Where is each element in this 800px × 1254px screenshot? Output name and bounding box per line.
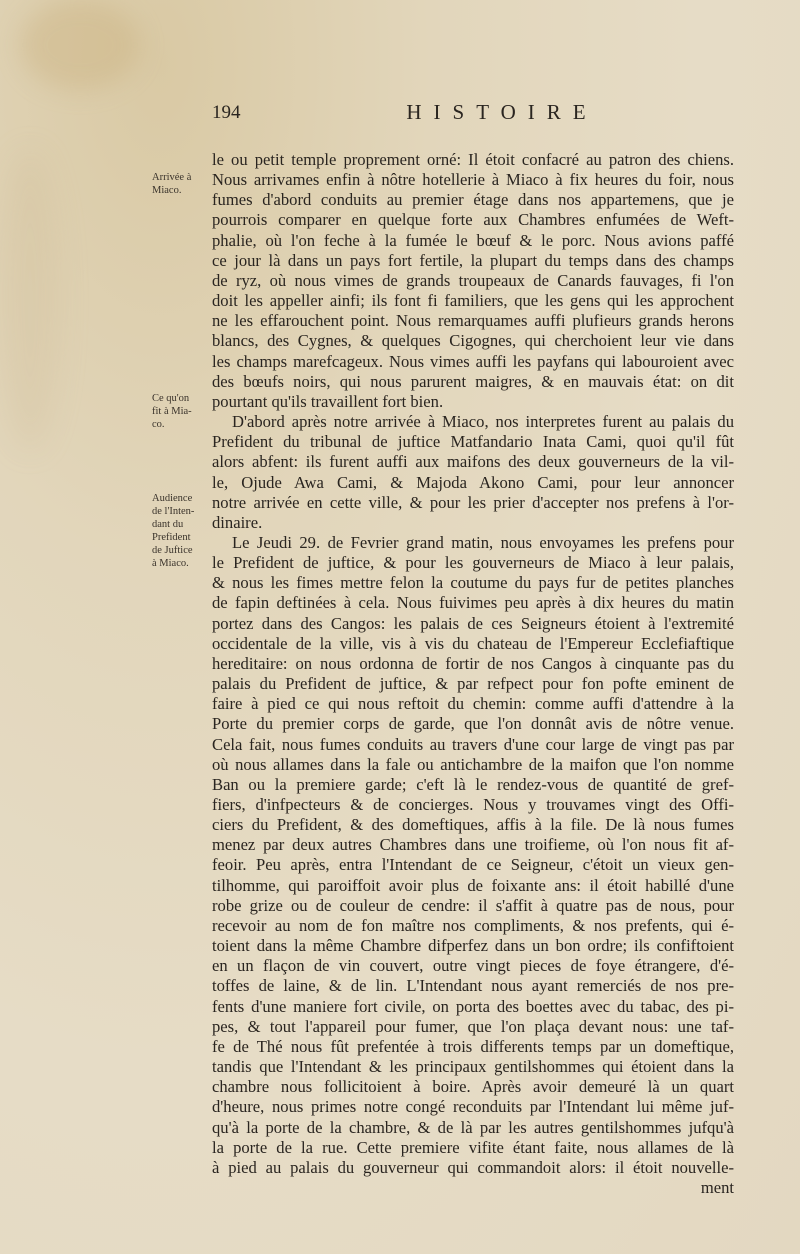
text-line: feoir. Peu après, entra l'Intendant de c… [212, 855, 734, 875]
text-line: Le Jeudi 29. de Fevrier grand matin, nou… [212, 533, 734, 553]
text-line: de fapin deftinées à cela. Nous fuivimes… [212, 593, 734, 613]
text-line: notre arrivée en cette ville, & pour les… [212, 493, 734, 513]
text-line: dinaire. [212, 513, 734, 533]
text-line: & nous les fimes mettre felon la coutume… [212, 573, 734, 593]
paper-stain [0, 150, 60, 450]
text-line: D'abord après notre arrivée à Miaco, nos… [212, 412, 734, 432]
text-line: chambre nous follicitoient à boire. Aprè… [212, 1077, 734, 1097]
text-line: toffes de laine, & de lin. L'Intendant n… [212, 976, 734, 996]
text-line: fents d'une maniere fort civile, on port… [212, 997, 734, 1017]
text-line: occidentale de la ville, vis à vis du ch… [212, 634, 734, 654]
margin-note-line: co. [152, 418, 212, 431]
margin-note-line: Prefident [152, 531, 212, 544]
margin-note-line: de l'Inten- [152, 505, 212, 518]
margin-note-line: de Juftice [152, 544, 212, 557]
text-line: à pied au palais du gouverneur qui comma… [212, 1158, 734, 1178]
text-line: ciers du Prefident, & des domeftiques, a… [212, 815, 734, 835]
text-line: des bœufs noirs, qui nous parurent maigr… [212, 372, 734, 392]
text-line: où nous allames dans la fale ou anticham… [212, 755, 734, 775]
page-header: 194 HISTOIRE [212, 100, 732, 130]
catchword: ment [212, 1178, 734, 1198]
running-head: HISTOIRE [212, 100, 732, 125]
text-line: doit les appeller ainfi; ils font fi fam… [212, 291, 734, 311]
text-line: la porte de la rue. Cette premiere vifit… [212, 1138, 734, 1158]
margin-note-line: à Miaco. [152, 557, 212, 570]
text-line: blancs, des Cygnes, & quelques Cigognes,… [212, 331, 734, 351]
margin-note-what-done: Ce qu'on fit à Mia- co. [152, 392, 212, 431]
paper-stain [20, 0, 140, 90]
text-line: menez par deux autres Chambres dans une … [212, 835, 734, 855]
text-line: faire à pied ce qui nous reftoit du chem… [212, 694, 734, 714]
text-line: pourrois comparer en quelque forte aux C… [212, 210, 734, 230]
text-line: Porte du premier corps de garde, que l'o… [212, 714, 734, 734]
text-line: le, Ojude Awa Cami, & Majoda Akono Cami,… [212, 473, 734, 493]
text-line: fe de Thé nous fût prefentée à trois dif… [212, 1037, 734, 1057]
margin-note-line: Arrivée à [152, 171, 212, 184]
text-line: d'heure, nous primes notre congé recondu… [212, 1097, 734, 1117]
margin-note-line: Ce qu'on [152, 392, 212, 405]
text-line: le Prefident de juftice, & pour les gouv… [212, 553, 734, 573]
text-line: de ryz, où nous vimes de grands troupeau… [212, 271, 734, 291]
text-line: Cela fait, nous fumes conduits au traver… [212, 735, 734, 755]
text-line: pourtant qu'ils travaillent fort bien. [212, 392, 734, 412]
text-line: palais du Prefident de juftice, & par re… [212, 674, 734, 694]
text-line: ne les effarouchent point. Nous remarqua… [212, 311, 734, 331]
text-line: alors abfent: ils furent auffi aux maifo… [212, 452, 734, 472]
text-line: en un flaçon de vin couvert, outre vingt… [212, 956, 734, 976]
margin-note-audience: Audience de l'Inten- dant du Prefident d… [152, 492, 212, 570]
text-line: ce jour là dans un pays fort fertile, la… [212, 251, 734, 271]
margin-note-line: Audience [152, 492, 212, 505]
margin-note-line: Miaco. [152, 184, 212, 197]
text-line: Nous arrivames enfin à nôtre hotellerie … [212, 170, 734, 190]
text-line: Ban ou la premiere garde; c'eft là le re… [212, 775, 734, 795]
body-text: le ou petit temple proprement orné: Il é… [212, 150, 734, 1198]
margin-note-arrival: Arrivée à Miaco. [152, 171, 212, 197]
text-line: pes, & tout l'appareil pour fumer, que l… [212, 1017, 734, 1037]
margin-note-line: fit à Mia- [152, 405, 212, 418]
text-line: fumes d'abord conduits au premier étage … [212, 190, 734, 210]
text-line: robe grize ou de couleur de cendre: il s… [212, 896, 734, 916]
text-line: phalie, où l'on feche à la fumée le bœuf… [212, 231, 734, 251]
margin-note-line: dant du [152, 518, 212, 531]
text-line: hereditaire: on nous ordonna de fortir d… [212, 654, 734, 674]
text-line: portez dans des Cangos: les palais de ce… [212, 614, 734, 634]
text-line: toient dans la même Chambre difperfez da… [212, 936, 734, 956]
text-line: les champs marefcageux. Nous vimes auffi… [212, 352, 734, 372]
text-line: le ou petit temple proprement orné: Il é… [212, 150, 734, 170]
text-line: Prefident du tribunal de juftice Matfand… [212, 432, 734, 452]
text-line: fiers, d'infpecteurs & de concierges. No… [212, 795, 734, 815]
text-line: tandis que l'Intendant & les principaux … [212, 1057, 734, 1077]
text-line: qu'à la porte de la chambre, & de là par… [212, 1118, 734, 1138]
text-line: recevoir au nom de fon maître nos compli… [212, 916, 734, 936]
text-line: tilhomme, qui paroiffoit avoir plus de f… [212, 876, 734, 896]
